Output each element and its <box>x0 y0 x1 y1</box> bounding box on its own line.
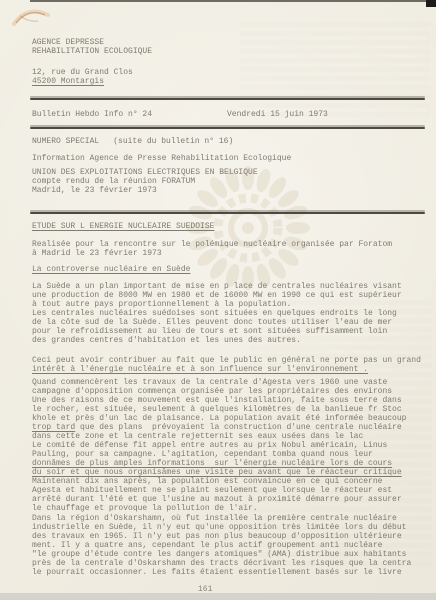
body-line: Pauling, pour sa campagne. L'agitation, … <box>32 450 406 459</box>
article-intro: Realisée pour la rencontre sur le polémi… <box>32 240 392 258</box>
scanned-bulletin-page: AGENCE DEPRESSE REHABILITATION ECOLOGIQU… <box>0 0 436 600</box>
agency-name-line2: REHABILITATION ECOLOGIQUE <box>32 47 152 56</box>
body-line: Les centrales nucléaires suédoises sont … <box>32 309 402 318</box>
body-line: à tout autre pays proportionnellement à … <box>32 300 402 309</box>
body-line: du soir et que nous organisâmes une visi… <box>32 468 406 477</box>
bulletin-info-row: Bulletin Hebdo Info n° 24 Vendredi 15 ju… <box>32 110 422 119</box>
paragraph: Quand commencèrent les travaux de la cen… <box>32 378 406 513</box>
agency-info-line: Information Agence de Presse Rehabilitat… <box>32 154 291 163</box>
body-line: industrielle en Suède, il n'y eut qu'une… <box>32 523 411 532</box>
divider-rule <box>30 212 425 214</box>
body-line: campagne d'opposition commença organisée… <box>32 387 406 396</box>
agency-name-line1: AGENCE DEPRESSE <box>32 38 152 47</box>
meeting-reference: compte rendu de la réunion FORATUM <box>32 177 258 186</box>
body-line: trop tard que des plans prévoyaient la c… <box>32 423 406 432</box>
body-line: Ceci peut avoir contribuer au fait que l… <box>32 356 421 365</box>
scan-top-edge <box>30 0 436 2</box>
agency-name-block: AGENCE DEPRESSE REHABILITATION ECOLOGIQU… <box>32 38 152 56</box>
organisation-block: UNION DES EXPLOITATIONS ELECTRIQUES EN B… <box>32 168 258 195</box>
intro-line: à Madrid le 23 février 1973 <box>32 249 392 258</box>
page-number: 161 <box>198 585 212 594</box>
special-issue-row: NUMERO SPECIAL(suite du bulletin n° 16) <box>32 137 233 146</box>
article-title: ETUDE SUR L ENERGIE NUCLEAIRE SUEDOISE <box>32 222 214 231</box>
scan-bottom-edge <box>0 593 436 600</box>
body-line: le rocher, est située, seulement à quelq… <box>32 405 406 414</box>
body-line: dans cette zone et la centrale rejettern… <box>32 432 406 441</box>
body-line: Le comité de défense fit appel entre aut… <box>32 441 406 450</box>
body-line: Une des raisons de ce mouvement est que … <box>32 396 406 405</box>
body-line: intérêt à l'énergie nucléaire et à son i… <box>32 365 421 374</box>
body-line: La Suède a un plan important de mise en … <box>32 282 402 291</box>
body-line: Agesta et habituellement ne se plaint se… <box>32 486 406 495</box>
rust-staple-mark <box>8 2 56 32</box>
divider-rule <box>30 127 425 129</box>
body-line: de la côte sud de la Suède. Elles peuven… <box>32 318 402 327</box>
paragraph: Ceci peut avoir contribuer au fait que l… <box>32 356 421 374</box>
body-line: Maintenant dix ans après, la population … <box>32 477 406 486</box>
scan-corner-mark <box>426 0 436 7</box>
paragraph: Dans la région d'Oskarshamn, où fut inst… <box>32 514 411 577</box>
body-line: le pourrait occasionner. Les faits étaie… <box>32 568 411 577</box>
bulletin-title: Bulletin Hebdo Info n° 24 <box>32 110 152 119</box>
body-line: Quand commencèrent les travaux de la cen… <box>32 378 406 387</box>
body-line: "le groupe d'étude contre les dangers at… <box>32 550 411 559</box>
section-heading: La controverse nucléaire en Suède <box>32 265 190 274</box>
divider-rule <box>30 98 425 100</box>
organisation-name: UNION DES EXPLOITATIONS ELECTRIQUES EN B… <box>32 168 258 177</box>
body-line: pour le refroidissement au lieu de tours… <box>32 327 402 336</box>
bulletin-date: Vendredi 15 juin 1973 <box>227 110 328 119</box>
body-line: khole et près d'un lac de plaisance. La … <box>32 414 406 423</box>
body-line: des travaux en 1965. Il n'y eut pas non … <box>32 532 411 541</box>
address-street: 12, rue du Grand Clos <box>32 68 133 77</box>
meeting-place-date: Madrid, le 23 février 1973 <box>32 186 258 195</box>
paragraph: La Suède a un plan important de mise en … <box>32 282 402 345</box>
special-issue-label: NUMERO SPECIAL <box>32 137 99 146</box>
address-city: 45200 Montargis <box>32 77 133 86</box>
reverse-page-bleedthrough <box>240 22 430 122</box>
body-line: une production de 8000 MW en 1980 et de … <box>32 291 402 300</box>
special-issue-suffix: (suite du bulletin n° 16) <box>113 137 233 146</box>
intro-line: Realisée pour la rencontre sur le polémi… <box>32 240 392 249</box>
agency-address-block: 12, rue du Grand Clos 45200 Montargis <box>32 68 133 86</box>
body-line: donnâmes de plus amples informations sur… <box>32 459 406 468</box>
body-line: le chauffage et provoque la pollution de… <box>32 504 406 513</box>
body-line: des grandes centres d'habitation et les … <box>32 336 402 345</box>
body-line: arrêté durant l'été et que l'usine au ma… <box>32 495 406 504</box>
body-line: Dans la région d'Oskarshamn, où fut inst… <box>32 514 411 523</box>
body-line: ment. Il y a quatre ans, cependant le pl… <box>32 541 411 550</box>
body-line: près de la centrale d'Oskarshamn des tra… <box>32 559 411 568</box>
